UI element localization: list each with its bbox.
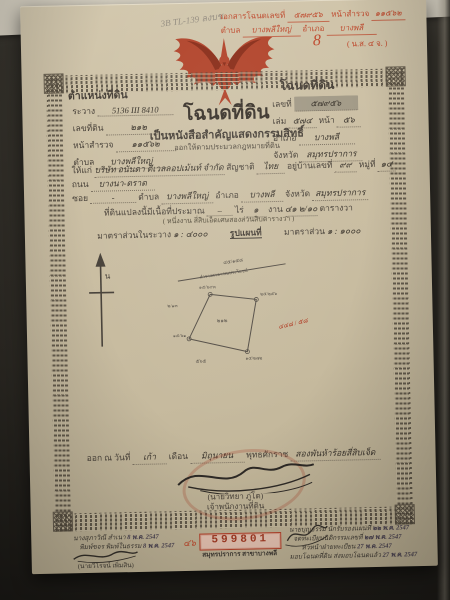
registry-right-signature [283,522,330,549]
address-value: ๙๙ [334,157,356,172]
map-red-annotation: ๔๔๘ / ๕๘ [278,317,310,331]
registry-right-line4: มอบโฉนดที่ดิน ส่งมอบโฉนดแล้ว 27 พ.ค. 254… [290,551,418,562]
survey-page-value: ๑๑๕๖๒ [371,6,405,21]
map-top-number: ๔๕/๑๕๘ [223,257,244,266]
registry-right2-date: ๒๗ พ.ค. 2547 [364,533,401,541]
plastic-sleeve-edge [437,0,450,600]
area-ngan-label: งาน [268,204,283,214]
nationality-value: ไทย [257,159,285,175]
map-boundary-text: ลำรางสาธารณประโยชน์ [199,267,248,280]
page-number-handwritten: 8 [313,32,321,50]
map-corner-br: ๑๕/๒๗๒ [245,355,262,360]
north-arrow-icon: น [87,248,117,349]
road-label: ถนน [72,179,89,189]
border-corner-tl [44,73,64,93]
map-heading: รูปแผนที่ [230,227,262,239]
scale1-label: มาตราส่วนในระวาง [97,229,171,241]
map-parcel-number: ๒๑๒ [217,318,228,324]
registry-left2-date: 8 พ.ค. 2547 [143,542,175,550]
body-amphoe-label: อำเภอ [215,190,239,200]
doc-type-code: ( น.ส. ๔ จ. ) [347,37,388,51]
body-province-value: สมุทรปราการ [312,185,368,201]
survey-label: หน้าสำรวจ [73,139,114,150]
grantee-value: บริษัท อนันดา ดีเวลลอปเม้นท์ จำกัด [94,160,224,178]
registry-right4-date: 27 พ.ค. 2547 [383,551,418,559]
body-province-label: จังหวัด [285,188,310,199]
photo-of-land-deed: 3B TL-139 ลงบช. เอกสารโฉนดเลขที่ ๕๗๙๕๖ ห… [0,0,450,600]
registry-left1-date: 8 พ.ค. 2547 [127,534,159,542]
body-tambon-label: ตำบล [138,191,159,201]
land-no-label: เลขที่ดิน [73,123,104,134]
svg-text:น: น [105,271,111,280]
map-left-note: ๒/๑๓ [167,303,177,308]
registry-office: สมุทรปราการ สาขาบางพลี [180,550,300,561]
survey-page-label: หน้าสำรวจ [331,9,369,19]
map-corner-tr: ๒๕/๒๕๖ [260,291,277,296]
registry-right1-date: ๒๒ พ.ค. 2547 [372,524,409,532]
soi-label: ซอย [72,193,88,203]
grantee-label: ให้แก่ [71,165,92,175]
serial-number: 599801 [200,533,280,548]
deed-block-title: โฉนดที่ดิน [280,76,335,96]
address-label: อยู่บ้านเลขที่ [287,160,333,171]
border-corner-bl [53,511,73,531]
border-corner-br [395,504,415,524]
amphoe-value: บางพลี [326,21,376,36]
position-block-title: ตำแหน่งที่ดิน [68,86,128,104]
scale2-label: มาตราส่วน [284,226,325,237]
moo-value: ๑๔ [377,156,395,171]
map-corner-tl: ๑๕/๖๙๓ [199,284,216,289]
scale1-value: ๑ : ๔๐๐๐ [173,228,208,239]
serial-prefix: ๔๖ [183,536,196,550]
nationality-label: สัญชาติ [226,161,255,172]
area-wa-label: ตารางวา [319,202,353,213]
body-amphoe-value: บางพลี [241,187,283,203]
issue-prefix: ออก ณ วันที่ [87,452,131,463]
registry-right3-date: 27 พ.ค. 2547 [357,543,392,551]
border-corner-tr [385,66,405,86]
doc-number-value: ๕๗๙๕๖ [287,8,329,23]
deed-paper: 3B TL-139 ลงบช. เอกสารโฉนดเลขที่ ๕๗๙๕๖ ห… [20,0,438,574]
map-corner-bl: ๑๕/๖๑ [173,333,186,338]
map-bottom-note: ๕๖๕ [196,358,207,364]
issue-month-label: เดือน [169,451,189,461]
scale2-value: ๑ : ๑๐๐๐ [327,225,361,236]
registry-right4-text: มอบโฉนดที่ดิน ส่งมอบโฉนดแล้ว [290,552,381,561]
body-tambon-value: บางพลีใหญ่ [161,188,213,204]
border-left [46,75,72,531]
doc-number-label: เอกสารโฉนดเลขที่ [220,11,285,21]
registry-left1-text: นางสุภาวิณี สำเนา [73,534,126,542]
page-value: ๕๖ [337,112,361,127]
soi-value: - [90,192,136,204]
parcel-map: ๔๕/๑๕๘ ลำรางสาธารณประโยชน์ ๑๕/๖๙๓ ๒๕/๒๕๖… [165,256,337,370]
registry-left-name: (นายวิโรจน์ เพิ่มสิน) [78,562,134,571]
rawang-label: ระวาง [72,106,95,116]
area-rai-label: ไร่ [235,205,244,215]
issue-day: เก้า [132,449,166,465]
moo-label: หมู่ที่ [359,159,376,169]
serial-number-stamp: 599801 [199,532,281,551]
